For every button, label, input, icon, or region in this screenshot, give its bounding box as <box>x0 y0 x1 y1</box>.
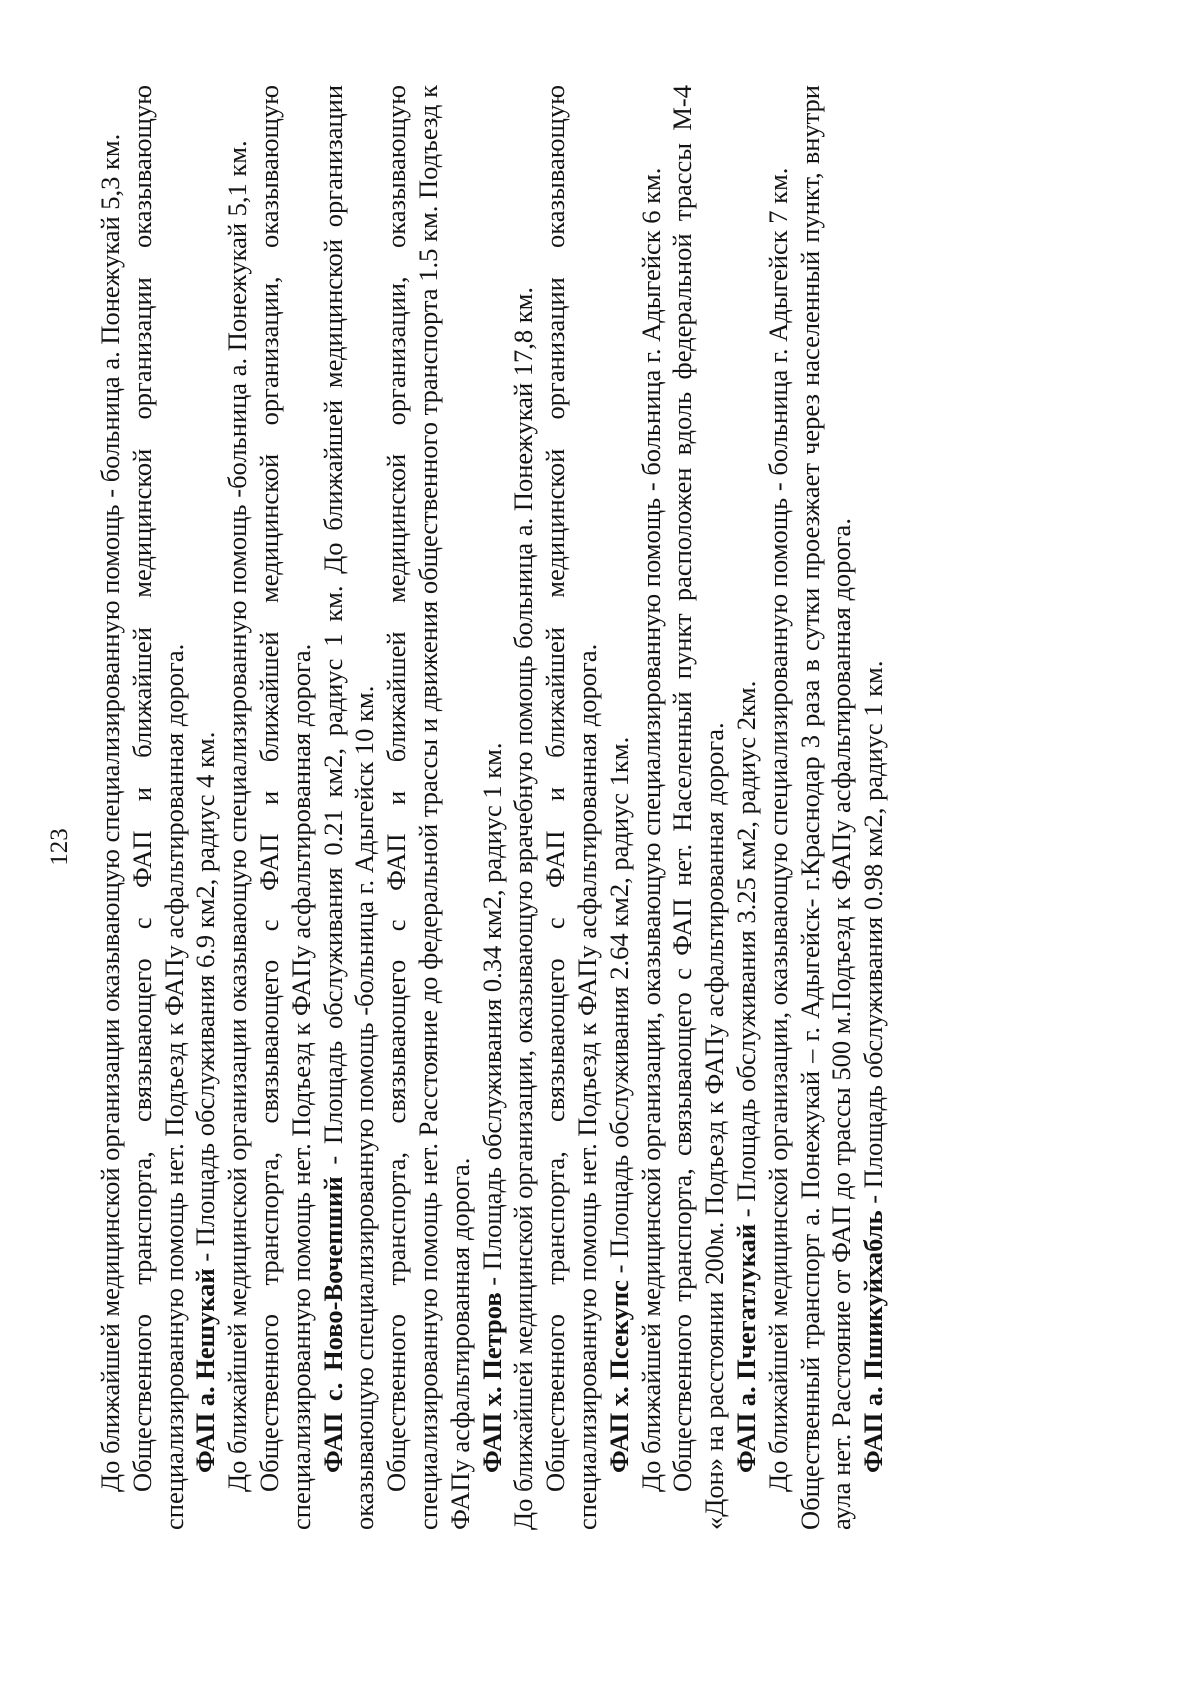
paragraph: Общественного транспорта, связывающего с… <box>540 85 604 1530</box>
fap-name-bold: ФАП а. Пчегатлукай <box>731 1224 761 1473</box>
paragraph: Общественного транспорта, связывающего с… <box>254 85 318 1530</box>
scanned-document-page: 123 До ближайшей медицинской организации… <box>0 0 1200 1694</box>
paragraph: До ближайшей медицинской организации, ок… <box>636 85 668 1530</box>
paragraph: ФАП а. Пчегатлукай - Площадь обслуживани… <box>731 85 763 1530</box>
paragraph: Общественного транспорта, связывающего с… <box>381 85 476 1530</box>
page-sheet: 123 До ближайшей медицинской организации… <box>0 0 1200 1694</box>
fap-name-bold: ФАП а. Нешукай <box>190 1268 220 1473</box>
paragraph: ФАП х. Псекупс - Площадь обслуживания 2.… <box>604 85 636 1530</box>
paragraph: До ближайшей медицинской организации ока… <box>95 85 127 1530</box>
fap-name-bold: ФАП а. Пшикуйхабль <box>858 1210 888 1473</box>
page-number: 123 <box>46 0 74 1694</box>
paragraph: До ближайшей медицинской организации ока… <box>222 85 254 1530</box>
paragraph: ФАП х. Петров - Площадь обслуживания 0.3… <box>477 85 509 1530</box>
paragraph: До ближайшей медицинской организации, ок… <box>508 85 540 1530</box>
paragraph: Общественный транспорт а. Понежукай – г.… <box>795 85 859 1530</box>
paragraph: Общественного транспорта, связывающего с… <box>667 85 731 1530</box>
fap-name-bold: ФАП с. Ново-Вочепший <box>318 1176 348 1473</box>
paragraph: Общественного транспорта, связывающего с… <box>127 85 191 1530</box>
paragraph: ФАП а. Пшикуйхабль - Площадь обслуживани… <box>858 85 890 1530</box>
document-text: До ближайшей медицинской организации ока… <box>95 85 890 1530</box>
fap-name-bold: ФАП х. Псекупс <box>604 1280 634 1473</box>
paragraph: ФАП а. Нешукай - Площадь обслуживания 6.… <box>190 85 222 1530</box>
paragraph: ФАП с. Ново-Вочепший - Площадь обслужива… <box>318 85 382 1530</box>
paragraph: До ближайшей медицинской организации, ок… <box>763 85 795 1530</box>
fap-name-bold: ФАП х. Петров <box>477 1292 507 1473</box>
